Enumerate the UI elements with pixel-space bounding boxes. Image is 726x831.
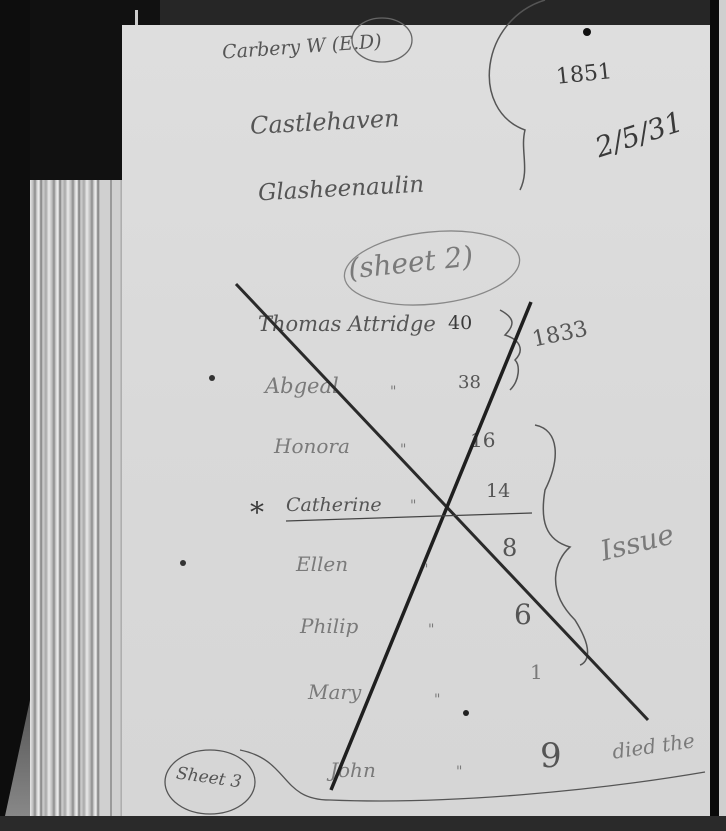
- handwritten-marks: [0, 0, 726, 831]
- scanned-document: Carbery W (E.D) Castlehaven Glasheenauli…: [0, 0, 726, 831]
- bottom-frame: [0, 816, 726, 831]
